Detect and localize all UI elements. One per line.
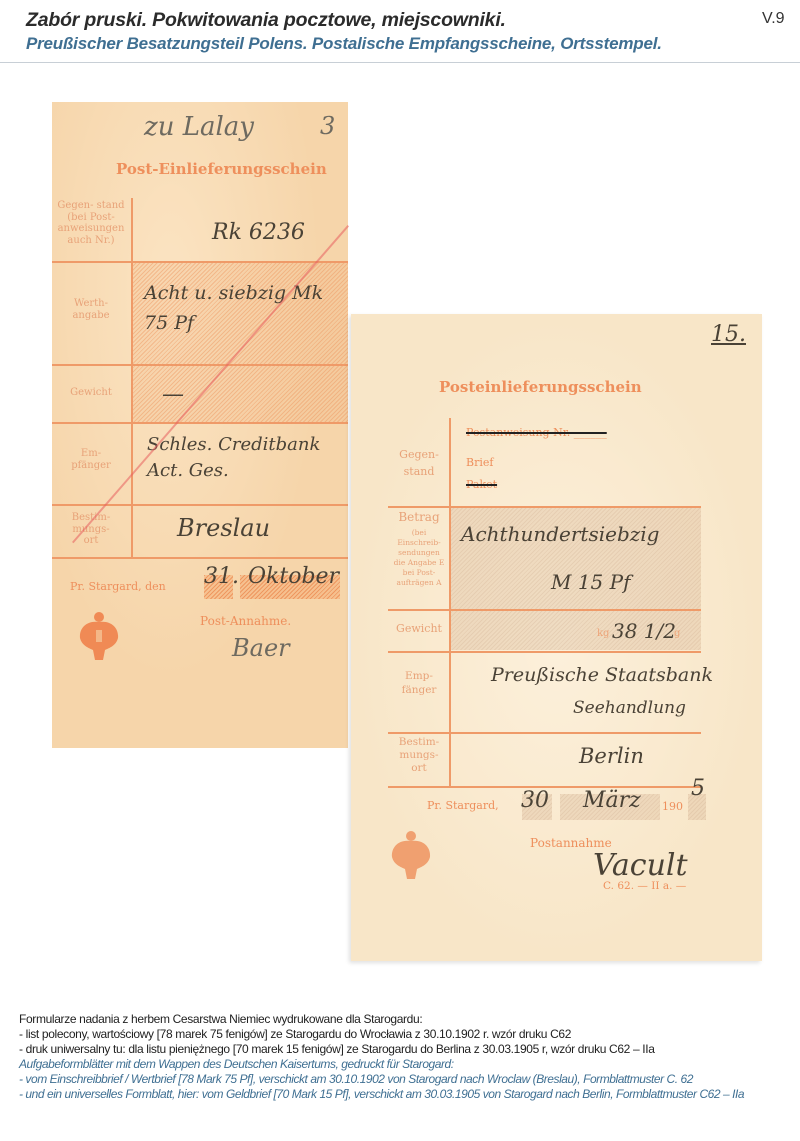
caption: Formularze nadania z herbem Cesarstwa Ni… bbox=[19, 1012, 789, 1102]
label-gewicht: Gewicht bbox=[52, 387, 130, 399]
signature: Baer bbox=[232, 634, 290, 662]
receipt-form-1902: zu Lalay 3 Post-Einlieferungsschein Gege… bbox=[52, 102, 348, 748]
row-divider bbox=[388, 732, 701, 734]
value-bestimmungsort: Breslau bbox=[177, 514, 270, 542]
caption-de-line: - vom Einschreibbrief / Wertbrief [78 Ma… bbox=[19, 1072, 789, 1087]
label-bestimmungsort: Bestim- mungs- ort bbox=[70, 512, 112, 547]
acceptance-label: Post-Annahme. bbox=[200, 614, 291, 628]
value-gewicht: — bbox=[162, 382, 184, 407]
value-gegenstand: Rk 6236 bbox=[212, 220, 305, 245]
date-day: 31. bbox=[204, 564, 239, 589]
caption-de-line: - und ein universelles Formblatt, hier: … bbox=[19, 1087, 789, 1102]
label-empfaenger: Em- pfänger bbox=[70, 448, 112, 471]
column-divider bbox=[449, 418, 451, 786]
option-postanweisung: Postanweisung Nr. ______ bbox=[466, 426, 607, 439]
row-divider bbox=[388, 609, 701, 611]
unit-g: g bbox=[674, 628, 680, 639]
value-betrag-line1: Achthundertsiebzig bbox=[461, 522, 659, 546]
caption-pl-line: Formularze nadania z herbem Cesarstwa Ni… bbox=[19, 1012, 789, 1027]
value-betrag-line2: M 15 Pf bbox=[551, 570, 631, 594]
page-subtitle: Preußischer Besatzungsteil Polens. Posta… bbox=[26, 34, 662, 54]
row-divider bbox=[388, 506, 701, 508]
row-divider bbox=[52, 364, 348, 366]
value-empfaenger: Schles. Creditbank Act. Ges. bbox=[147, 432, 347, 484]
option-brief: Brief bbox=[466, 456, 493, 469]
label-empfaenger: Emp- fänger bbox=[395, 669, 443, 697]
value-bestimmungsort: Berlin bbox=[579, 744, 644, 768]
form-code: C. 62. — II a. — bbox=[603, 880, 686, 892]
page-number: V.9 bbox=[762, 10, 785, 28]
date-day: 30 bbox=[521, 788, 549, 813]
unit-kg: kg bbox=[597, 628, 609, 639]
label-bestimmungsort: Bestim- mungs- ort bbox=[395, 736, 443, 775]
row-divider bbox=[52, 557, 348, 559]
caption-pl-line: - druk uniwersalny tu: dla listu pienięż… bbox=[19, 1042, 789, 1057]
year-prefix: 190 bbox=[662, 800, 683, 813]
place-label: Pr. Stargard, bbox=[427, 799, 499, 812]
label-werthangabe: Werth- angabe bbox=[70, 298, 112, 321]
value-werthangabe: Acht u. siebzig Mk 75 Pf bbox=[144, 278, 344, 338]
row-divider bbox=[52, 261, 348, 263]
signature: Vacult bbox=[593, 848, 688, 883]
date-year-suffix: 5 bbox=[691, 776, 705, 801]
receipt-form-1905: 15. Posteinlieferungsschein Gegen- stand… bbox=[351, 314, 762, 961]
label-betrag-note: (bei Einschreib- sendungen die Angabe E … bbox=[393, 528, 445, 588]
imperial-eagle-icon bbox=[389, 829, 433, 881]
handwritten-number: 3 bbox=[320, 112, 335, 140]
page-title: Zabór pruski. Pokwitowania pocztowe, mie… bbox=[26, 9, 506, 32]
value-empfaenger-line1: Preußische Staatsbank bbox=[491, 664, 713, 686]
form-title: Posteinlieferungsschein bbox=[439, 378, 642, 396]
value-gewicht: 38 1/2 bbox=[612, 619, 676, 643]
label-gewicht: Gewicht bbox=[391, 623, 447, 635]
label-gegenstand: Gegen- stand (bei Post- anweisungen auch… bbox=[52, 200, 130, 246]
label-gegenstand: Gegen- stand bbox=[391, 446, 447, 480]
place-label: Pr. Stargard, den bbox=[70, 580, 166, 593]
row-divider bbox=[388, 651, 701, 653]
header-divider bbox=[0, 62, 800, 63]
form-title: Post-Einlieferungsschein bbox=[116, 160, 327, 178]
row-divider bbox=[52, 504, 348, 506]
option-paket: Paket bbox=[466, 478, 497, 491]
imperial-eagle-icon bbox=[77, 610, 121, 662]
value-empfaenger-line2: Seehandlung bbox=[573, 698, 686, 718]
handwritten-number: 15. bbox=[711, 322, 746, 347]
caption-pl-line: - list polecony, wartościowy [78 marek 7… bbox=[19, 1027, 789, 1042]
row-divider bbox=[52, 422, 348, 424]
caption-de-line: Aufgabeformblätter mit dem Wappen des De… bbox=[19, 1057, 789, 1072]
handwritten-note-top: zu Lalay bbox=[144, 112, 254, 142]
date-month: März bbox=[583, 788, 641, 813]
date-month: Oktober bbox=[248, 564, 339, 589]
label-betrag: Betrag bbox=[391, 512, 447, 524]
